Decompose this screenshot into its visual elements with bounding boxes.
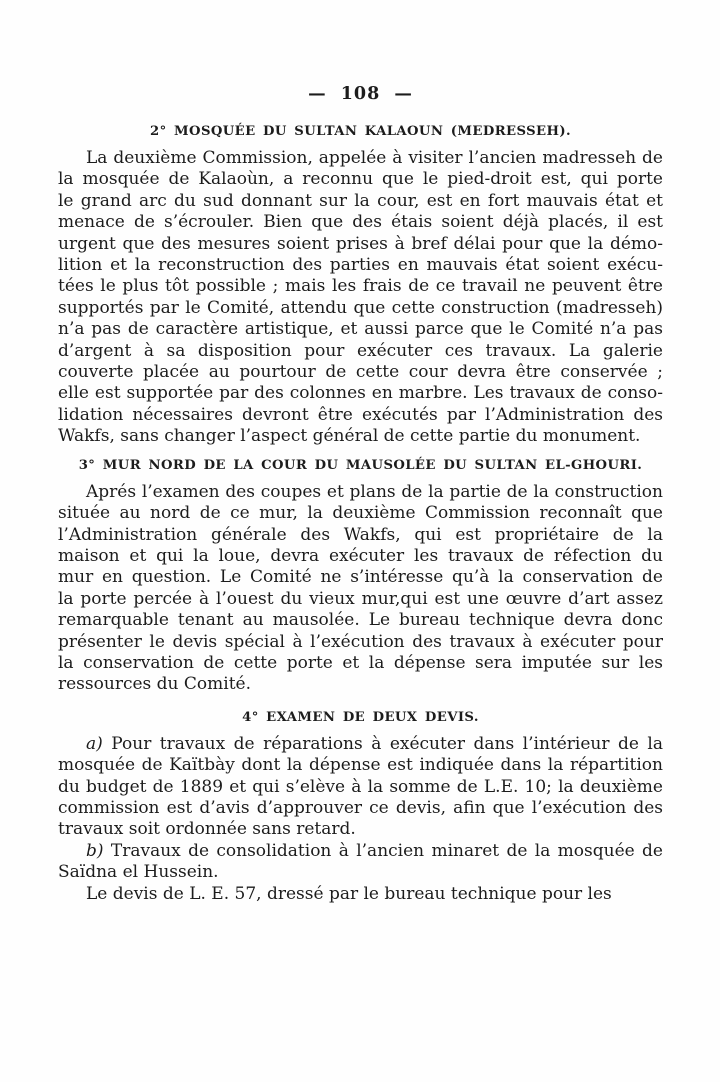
text-line: ressources du Comité.: [58, 674, 663, 695]
document-section: 4° EXAMEN DE DEUX DEVIS.a) Pour travaux …: [58, 710, 663, 905]
text-line: maison et qui la loue, devra exécuter le…: [58, 546, 663, 567]
text-line: lidation nécessaires devront être exécut…: [58, 405, 663, 426]
text-line: n’a pas de caractère artistique, et auss…: [58, 319, 663, 340]
text-line: mur en question. Le Comité ne s’intéress…: [58, 567, 663, 588]
document-section: 3° MUR NORD DE LA COUR DU MAUSOLÉE DU SU…: [58, 458, 663, 696]
document-page: — 108 — 2° MOSQUÉE DU SULTAN KALAOUN (ME…: [0, 0, 720, 1082]
list-letter: b): [86, 841, 104, 861]
document-section: 2° MOSQUÉE DU SULTAN KALAOUN (MEDRESSEH)…: [58, 124, 663, 448]
text-line: travaux soit ordonnée sans retard.: [58, 819, 663, 840]
text-line: Aprés l’examen des coupes et plans de la…: [58, 482, 663, 503]
page-body: 2° MOSQUÉE DU SULTAN KALAOUN (MEDRESSEH)…: [58, 124, 663, 905]
paragraph: Le devis de L. E. 57, dressé par le bure…: [58, 884, 663, 905]
text-line: La deuxième Commission, appelée à visite…: [58, 148, 663, 169]
paragraph: Aprés l’examen des coupes et plans de la…: [58, 482, 663, 696]
section-heading: 2° MOSQUÉE DU SULTAN KALAOUN (MEDRESSEH)…: [58, 124, 663, 139]
text-line: la porte percée à l’ouest du vieux mur,q…: [58, 589, 663, 610]
text-line: supportés par le Comité, attendu que cet…: [58, 298, 663, 319]
text-line: elle est supportée par des colonnes en m…: [58, 383, 663, 404]
text-line: urgent que des mesures soient prises à b…: [58, 234, 663, 255]
paragraph: a) Pour travaux de réparations à exécute…: [58, 734, 663, 841]
text-line: couverte placée au pourtour de cette cou…: [58, 362, 663, 383]
text-line: remarquable tenant au mausolée. Le burea…: [58, 610, 663, 631]
text-line: commission est d’avis d’approuver ce dev…: [58, 798, 663, 819]
text-line: d’argent à sa disposition pour exécuter …: [58, 341, 663, 362]
text-line: a) Pour travaux de réparations à exécute…: [58, 734, 663, 755]
text-line: mosquée de Kaïtbày dont la dépense est i…: [58, 755, 663, 776]
text-line: présenter le devis spécial à l’exécution…: [58, 632, 663, 653]
text-line: située au nord de ce mur, la deuxième Co…: [58, 503, 663, 524]
text-line: menace de s’écrouler. Bien que des étais…: [58, 212, 663, 233]
paragraph: La deuxième Commission, appelée à visite…: [58, 148, 663, 448]
text-line: la conservation de cette porte et la dép…: [58, 653, 663, 674]
text-line: tées le plus tôt possible ; mais les fra…: [58, 276, 663, 297]
text-line: b) Travaux de consolidation à l’ancien m…: [58, 841, 663, 862]
page-number: — 108 —: [58, 84, 663, 104]
text-line: Wakfs, sans changer l’aspect général de …: [58, 426, 663, 447]
text-line: lition et la reconstruction des parties …: [58, 255, 663, 276]
text-column: — 108 — 2° MOSQUÉE DU SULTAN KALAOUN (ME…: [58, 0, 663, 905]
text-line: l’Administration générale des Wakfs, qui…: [58, 525, 663, 546]
text-line: le grand arc du sud donnant sur la cour,…: [58, 191, 663, 212]
list-letter: a): [86, 734, 103, 754]
paragraph: b) Travaux de consolidation à l’ancien m…: [58, 841, 663, 884]
text-line: Saïdna el Hussein.: [58, 862, 663, 883]
text-line: la mosquée de Kalaoùn, a reconnu que le …: [58, 169, 663, 190]
section-heading: 3° MUR NORD DE LA COUR DU MAUSOLÉE DU SU…: [58, 458, 663, 473]
text-line: Le devis de L. E. 57, dressé par le bure…: [58, 884, 663, 905]
section-heading: 4° EXAMEN DE DEUX DEVIS.: [58, 710, 663, 725]
text-line: du budget de 1889 et qui s’elève à la so…: [58, 777, 663, 798]
